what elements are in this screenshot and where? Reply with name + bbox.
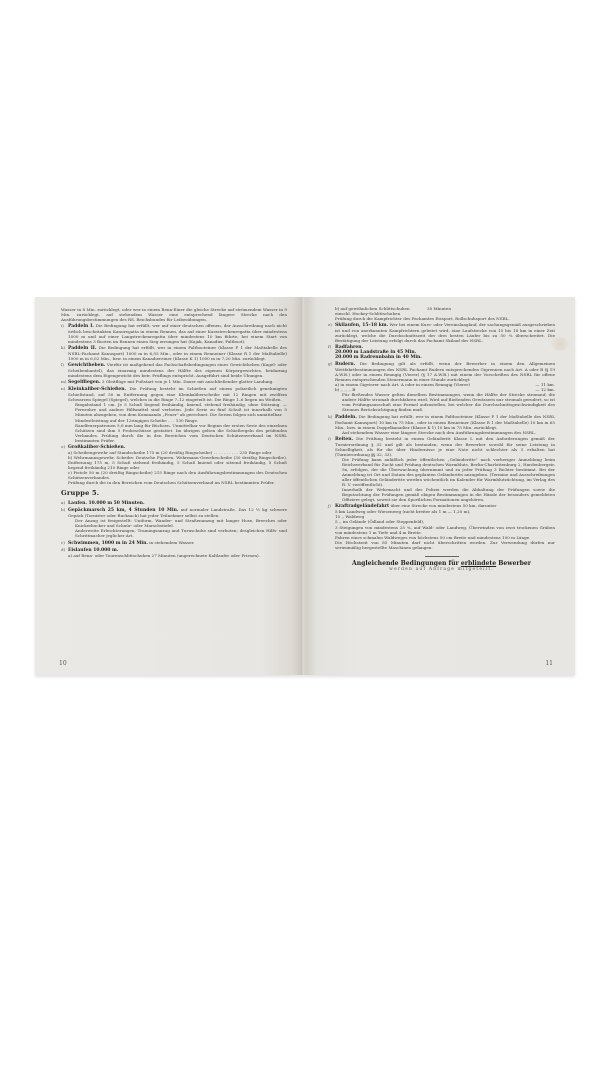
page-number-left: 10: [59, 660, 67, 667]
list-item: a)Laufen. 10.000 m 50 Minuten.: [61, 500, 287, 506]
item-label: i): [328, 436, 335, 503]
notice-title: Angleichende Bedingungen für erblindete …: [328, 561, 555, 566]
item-body: Reiten. Die Prüfung besteht in einem Gel…: [335, 436, 555, 503]
list-item: b)Gepäckmarsch 25 km, 4 Stunden 10 Min. …: [61, 507, 287, 538]
list-item: j)Kraftradgeländefahrt über eine Strecke…: [328, 503, 555, 549]
item-paragraph: Prüfung durch die in den Bereichen vom D…: [68, 480, 287, 485]
item-title: Paddeln I.: [68, 324, 94, 329]
right-page-content: b) auf gewöhnlichen Schlittschuhen30 Min…: [328, 306, 555, 572]
list-item: i)Reiten. Die Prüfung besteht in einem G…: [328, 436, 555, 503]
left-page: Wasser in 8 Min. zurücklegt, oder wer in…: [35, 297, 302, 675]
item-title: Schwimmen, 1000 m in 24 Min.: [68, 541, 148, 546]
item-body: Paddeln. Die Bedingung hat erfüllt, wer …: [335, 414, 555, 435]
divider-rule: [425, 556, 459, 557]
item-body: Segelfliegen. 3 Gleitflüge mit Fußstart …: [68, 379, 287, 385]
open-booklet: Wasser in 8 Min. zurücklegt, oder wer in…: [35, 297, 575, 675]
item-paragraph: Der Anzug ist freigestellt: Uniform, Wan…: [68, 518, 287, 528]
item-label: o): [61, 444, 68, 485]
list-item: k)Paddeln II. Die Bedingung hat erfüllt,…: [61, 345, 287, 361]
group-heading: Gruppe 5.: [61, 491, 287, 496]
list-item: d)Eislaufen 10.000 m.a) auf Renn- oder T…: [61, 547, 287, 558]
notice-subtitle: werden auf Anfrage mitgeteilt.: [328, 567, 555, 572]
item-paragraph: Auf stehendem Wasser eine längere Streck…: [335, 430, 555, 435]
item-body: Schwimmen, 1000 m in 24 Min. in stehende…: [68, 540, 287, 546]
item-body: Gewichtheben. Vierfür ist maßgebend das …: [68, 362, 287, 378]
item-title: Segelfliegen.: [68, 380, 101, 385]
item-body: Skilaufen, 15–18 km. Wer bei einem Kurs-…: [335, 322, 555, 343]
list-item: o)Großkaliber-Schießen.a) Scheibengewehr…: [61, 444, 287, 485]
item-label: g): [328, 361, 335, 412]
item-body: Laufen. 10.000 m 50 Minuten.: [68, 500, 287, 506]
list-item: h)Paddeln. Die Bedingung hat erfüllt, we…: [328, 414, 555, 435]
item-body: Gepäckmarsch 25 km, 4 Stunden 10 Min. au…: [68, 507, 287, 538]
list-item: c)Schwimmen, 1000 m in 24 Min. in stehen…: [61, 540, 287, 546]
item-label: m): [61, 379, 68, 385]
notice-title-after: Bewerber: [498, 560, 531, 567]
item-line: 20.000 m Radrennbahn in 40 Min.: [335, 355, 555, 360]
page-number-right: 11: [545, 660, 553, 667]
item-title: Skilaufen, 15–18 km.: [335, 323, 388, 328]
item-title: Eislaufen 10.000 m.: [68, 548, 118, 553]
item-title: Kleinkaliber-Schießen.: [68, 387, 126, 392]
right-intro: b) auf gewöhnlichen Schlittschuhen30 Min…: [328, 306, 555, 316]
list-item: m)Segelfliegen. 3 Gleitflüge mit Fußstar…: [61, 379, 287, 385]
item-body: Großkaliber-Schießen.a) Scheibengewehr a…: [68, 444, 287, 485]
item-body: Paddeln II. Die Bedingung hat erfüllt, w…: [68, 345, 287, 361]
list-item: i)Paddeln I. Die Bedingung hat erfüllt, …: [61, 323, 287, 344]
item-label: j): [328, 503, 335, 549]
item-label: e): [328, 322, 335, 343]
item-paragraph: Randfeuerpatronen 5,6 mm lang für Büchse…: [68, 423, 287, 443]
item-title: Laufen. 10.000 m 50 Minuten.: [68, 501, 145, 506]
item-line: Fahren eines schmalen Waldweges von höch…: [335, 535, 555, 540]
item-subentry: a) auf Renn- oder Tourenschlittschuhen 2…: [68, 553, 287, 558]
item-paragraph: Die Prüfung kann anläßlich jeder öffentl…: [335, 457, 555, 487]
left-items-list: i)Paddeln I. Die Bedingung hat erfüllt, …: [61, 323, 287, 485]
item-paragraph: Für fließendes Wasser gelten dieselben B…: [335, 392, 555, 412]
left-intro-paragraph: Wasser in 8 Min. zurücklegt, oder wer in…: [61, 307, 287, 322]
list-item: n)Kleinkaliber-Schießen. Die Prüfung bes…: [61, 386, 287, 443]
list-item: f)Radfahren.20.000 m Landstraße in 45 Mi…: [328, 344, 555, 360]
item-subentry: b) Wehrmannsgewehr, Scheibe: Deutsche Fi…: [68, 455, 287, 470]
list-item: e)Skilaufen, 15–18 km. Wer bei einem Kur…: [328, 322, 555, 343]
item-paragraph: Innerhalb der Wehrmacht und der Polizei …: [335, 487, 555, 502]
item-label: c): [61, 540, 68, 546]
item-title: Rudern.: [335, 362, 355, 367]
list-item: g)Rudern. Die Bedingung gilt als erfüllt…: [328, 361, 555, 412]
item-line: Die Höchstzeit von 85 Minuten darf nicht…: [335, 540, 555, 550]
item-label: h): [328, 414, 335, 435]
left-page-content: Wasser in 8 Min. zurücklegt, oder wer in…: [61, 307, 287, 559]
item-label: n): [61, 386, 68, 443]
item-label: a): [61, 500, 68, 506]
item-title: Paddeln II.: [68, 346, 96, 351]
item-label: f): [328, 344, 335, 360]
item-body: Eislaufen 10.000 m.a) auf Renn- oder Tou…: [68, 547, 287, 558]
item-body: Kraftradgeländefahrt über eine Strecke v…: [335, 503, 555, 549]
notice-title-before: Angleichende Bedingungen für: [352, 560, 459, 567]
item-body: Paddeln I. Die Bedingung hat erfüllt, we…: [68, 323, 287, 344]
item-body: Rudern. Die Bedingung gilt als erfüllt, …: [335, 361, 555, 412]
item-label: l): [61, 362, 68, 378]
item-subentry: c) Pistole 50 m (20 dreißig Ringscheibe)…: [68, 470, 287, 480]
right-items-list: e)Skilaufen, 15–18 km. Wer bei einem Kur…: [328, 322, 555, 550]
right-page: b) auf gewöhnlichen Schlittschuhen30 Min…: [305, 297, 575, 675]
right-intro-after: Prüfung durch die Kampfrichter des Facha…: [328, 316, 555, 321]
item-label: b): [61, 507, 68, 538]
item-body: Kleinkaliber-Schießen. Die Prüfung beste…: [68, 386, 287, 443]
item-title: Reiten.: [335, 437, 353, 442]
item-paragraph: Ringabstand 1 cm. Je 5 Schuß liegend fre…: [68, 402, 287, 417]
item-label: i): [61, 323, 68, 344]
item-paragraph: Anderweite Erleichterungen, Trainingsanz…: [68, 528, 287, 538]
item-body: Radfahren.20.000 m Landstraße in 45 Min.…: [335, 344, 555, 360]
item-line: 3 Steigungen von mindestens 25 %, auf Wa…: [335, 525, 555, 535]
item-title: Gewichtheben.: [68, 363, 105, 368]
item-label: k): [61, 345, 68, 361]
notice-title-underlined: erblindete: [461, 560, 496, 567]
intro-line-value: 30 Minuten: [427, 306, 451, 311]
list-item: l)Gewichtheben. Vierfür ist maßgebend da…: [61, 362, 287, 378]
group-items-list: a)Laufen. 10.000 m 50 Minuten.b)Gepäckma…: [61, 500, 287, 557]
item-title: Paddeln.: [335, 415, 357, 420]
item-label: d): [61, 547, 68, 558]
item-title: Gepäckmarsch 25 km, 4 Stunden 10 Min.: [68, 508, 178, 513]
